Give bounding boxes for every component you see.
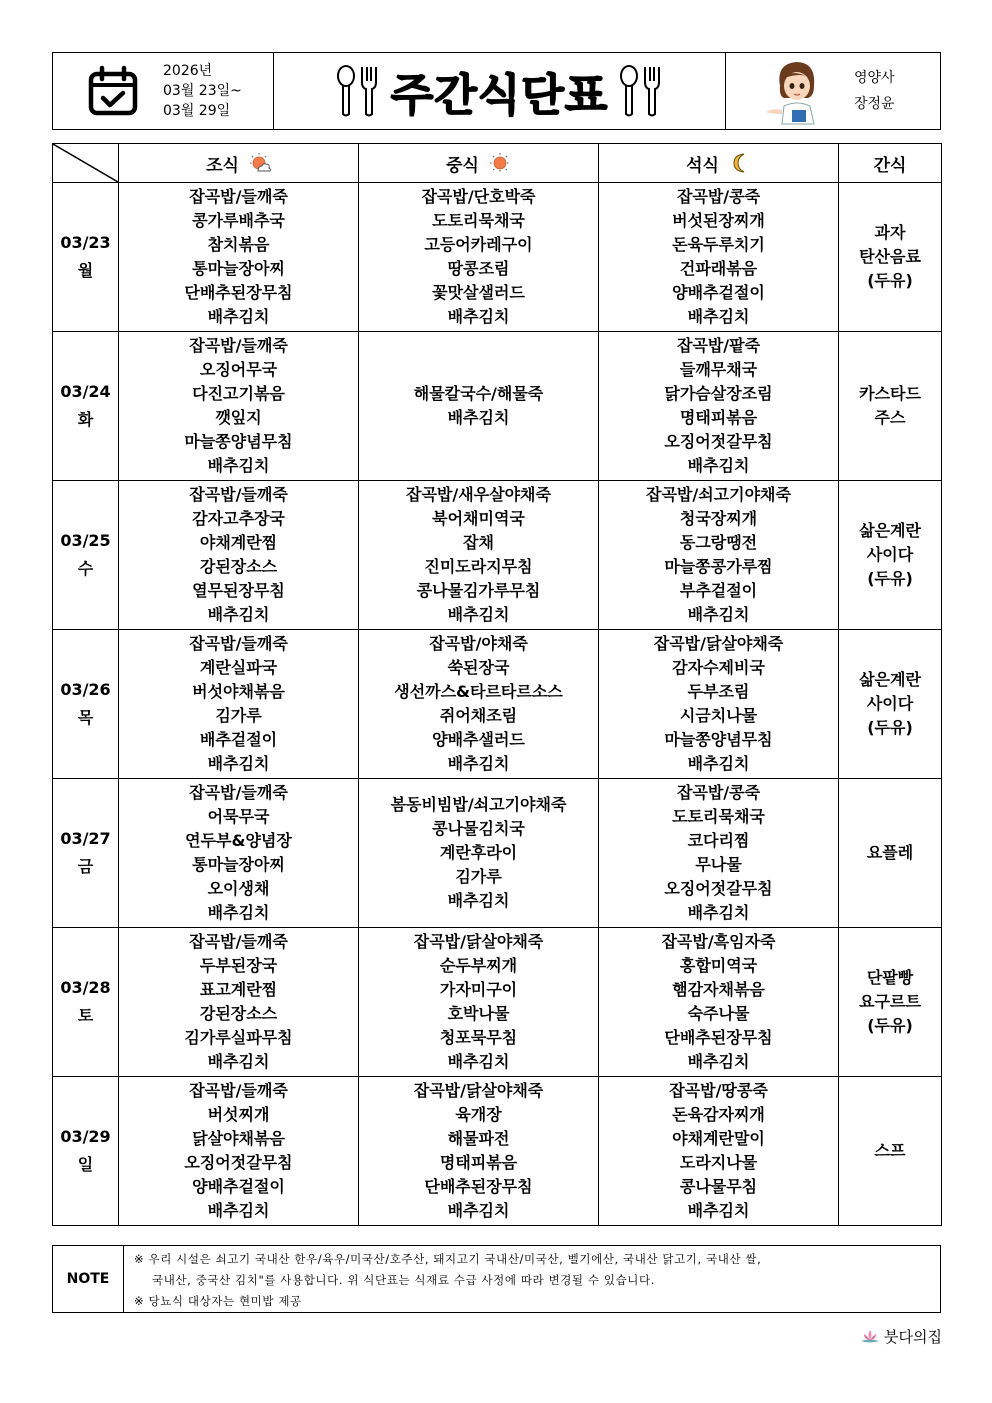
breakfast-cell: 잡곡밥/들깨죽어묵무국연두부&양념장통마늘장아찌오이생채배추김치 (119, 779, 359, 928)
menu-item: 주스 (839, 406, 941, 430)
lunch-cell: 잡곡밥/야채죽쑥된장국생선까스&타르타르소스쥐어채조림양배추샐러드배추김치 (359, 630, 599, 779)
dinner-cell: 잡곡밥/흑임자죽홍합미역국햄감자채볶음숙주나물단배추된장무침배추김치 (599, 928, 839, 1077)
day-weekday: 금 (53, 853, 118, 881)
nutritionist-avatar (762, 56, 832, 126)
menu-item: 배추김치 (359, 889, 598, 913)
menu-item: 명태피볶음 (359, 1151, 598, 1175)
menu-item: 잡곡밥/쇠고기야채죽 (599, 483, 838, 507)
menu-item: 깻잎지 (119, 406, 358, 430)
dinner-cell: 잡곡밥/땅콩죽돈육감자찌개야채계란말이도라지나물콩나물무침배추김치 (599, 1077, 839, 1226)
dinner-cell: 잡곡밥/팥죽들깨무채국닭가슴살장조림명태피볶음오징어젓갈무침배추김치 (599, 332, 839, 481)
menu-item: 건파래볶음 (599, 257, 838, 281)
snack-cell: 스프 (839, 1077, 942, 1226)
menu-item: 꽃맛살샐러드 (359, 281, 598, 305)
breakfast-cell: 잡곡밥/들깨죽오징어무국다진고기볶음깻잎지마늘쫑양념무침배추김치 (119, 332, 359, 481)
table-row: 03/25수잡곡밥/들깨죽감자고추장국야채계란찜강된장소스열무된장무침배추김치잡… (53, 481, 942, 630)
spoon-fork-icon (335, 64, 381, 118)
day-date: 03/26 (53, 676, 118, 704)
menu-item: 감자수제비국 (599, 656, 838, 680)
sun-icon (489, 152, 511, 174)
dinner-cell: 잡곡밥/콩죽버섯된장찌개돈육두루치기건파래볶음양배추겉절이배추김치 (599, 183, 839, 332)
menu-item: 참치볶음 (119, 233, 358, 257)
date-year: 2026년 (163, 61, 242, 81)
menu-item: 배추김치 (359, 406, 598, 430)
breakfast-cell: 잡곡밥/들깨죽계란실파국버섯야채볶음김가루배추겉절이배추김치 (119, 630, 359, 779)
breakfast-cell: 잡곡밥/들깨죽버섯찌개닭살야채볶음오징어젓갈무침양배추겉절이배추김치 (119, 1077, 359, 1226)
menu-item: 마늘쫑콩가루찜 (599, 555, 838, 579)
menu-item: 배추겉절이 (119, 728, 358, 752)
day-cell: 03/24화 (53, 332, 119, 481)
menu-item: 두부된장국 (119, 954, 358, 978)
nutritionist-name: 장정윤 (854, 91, 895, 117)
snack-cell: 과자탄산음료(두유) (839, 183, 942, 332)
menu-item: 배추김치 (119, 603, 358, 627)
column-label: 간식 (874, 156, 907, 176)
menu-item: 잡곡밥/들깨죽 (119, 334, 358, 358)
menu-item: 양배추겉절이 (119, 1175, 358, 1199)
menu-item: 무나물 (599, 853, 838, 877)
date-range-panel: 2026년 03월 23일~ 03월 29일 (53, 53, 274, 129)
snack-cell: 요플레 (839, 779, 942, 928)
snack-cell: 단팥빵요구르트(두유) (839, 928, 942, 1077)
menu-item: 땅콩조림 (359, 257, 598, 281)
menu-item: 단배추된장무침 (599, 1026, 838, 1050)
menu-item: 청포묵무침 (359, 1026, 598, 1050)
menu-item: 마늘쫑양념무침 (599, 728, 838, 752)
menu-item: 스프 (839, 1139, 941, 1163)
menu-item: 과자 (839, 221, 941, 245)
menu-item: 배추김치 (119, 1199, 358, 1223)
lunch-cell: 잡곡밥/닭살야채죽육개장해물파전명태피볶음단배추된장무침배추김치 (359, 1077, 599, 1226)
menu-item: 요플레 (839, 841, 941, 865)
menu-item: 버섯된장찌개 (599, 209, 838, 233)
menu-item: 돈육감자찌개 (599, 1103, 838, 1127)
menu-item: 진미도라지무침 (359, 555, 598, 579)
menu-item: 배추김치 (599, 603, 838, 627)
menu-item: 잡곡밥/들깨죽 (119, 483, 358, 507)
menu-item: 연두부&양념장 (119, 829, 358, 853)
snack-cell: 삶은계란사이다(두유) (839, 481, 942, 630)
menu-item: 육개장 (359, 1103, 598, 1127)
column-header-snack: 간식 (839, 144, 942, 183)
note-line-origin-cont: 국내산, 중국산 김치"를 사용합니다. 위 식단표는 식재료 수급 사정에 따… (134, 1270, 940, 1291)
menu-item: 배추김치 (359, 1199, 598, 1223)
menu-item: 야채계란찜 (119, 531, 358, 555)
menu-item: 잡곡밥/땅콩죽 (599, 1079, 838, 1103)
diagonal-line (53, 144, 118, 182)
title-panel: 주간식단표 (274, 53, 726, 129)
breakfast-cell: 잡곡밥/들깨죽감자고추장국야채계란찜강된장소스열무된장무침배추김치 (119, 481, 359, 630)
menu-item: 사이다 (839, 692, 941, 716)
menu-item: 잡곡밥/새우살야채죽 (359, 483, 598, 507)
menu-item: 잡곡밥/들깨죽 (119, 930, 358, 954)
day-date: 03/27 (53, 825, 118, 853)
day-date: 03/23 (53, 229, 118, 257)
menu-item: 숙주나물 (599, 1002, 838, 1026)
note-label: NOTE (53, 1246, 124, 1312)
day-cell: 03/25수 (53, 481, 119, 630)
breakfast-cell: 잡곡밥/들깨죽콩가루배추국참치볶음통마늘장아찌단배추된장무침배추김치 (119, 183, 359, 332)
menu-item: 닭가슴살장조림 (599, 382, 838, 406)
menu-item: 들깨무채국 (599, 358, 838, 382)
menu-item: 배추김치 (599, 1199, 838, 1223)
column-header-breakfast: 조식 (119, 144, 359, 183)
menu-item: 마늘쫑양념무침 (119, 430, 358, 454)
menu-item: 요구르트 (839, 990, 941, 1014)
menu-item: 청국장찌개 (599, 507, 838, 531)
note-line-diabetic: ※ 당뇨식 대상자는 현미밥 제공 (134, 1291, 940, 1312)
menu-item: 감자고추장국 (119, 507, 358, 531)
menu-item: 양배추겉절이 (599, 281, 838, 305)
menu-item: 잡채 (359, 531, 598, 555)
menu-item: 잡곡밥/닭살야채죽 (599, 632, 838, 656)
snack-cell: 카스타드주스 (839, 332, 942, 481)
menu-item: 콩나물무침 (599, 1175, 838, 1199)
day-date: 03/24 (53, 378, 118, 406)
menu-item: (두유) (839, 567, 941, 591)
dinner-cell: 잡곡밥/콩죽도토리묵채국코다리찜무나물오징어젓갈무침배추김치 (599, 779, 839, 928)
table-row: 03/23월잡곡밥/들깨죽콩가루배추국참치볶음통마늘장아찌단배추된장무침배추김치… (53, 183, 942, 332)
menu-item: 김가루 (119, 704, 358, 728)
menu-item: 해물칼국수/해물죽 (359, 382, 598, 406)
menu-item: 버섯찌개 (119, 1103, 358, 1127)
menu-item: 야채계란말이 (599, 1127, 838, 1151)
column-label: 중식 (446, 151, 479, 176)
calendar-check-icon (87, 65, 139, 117)
menu-item: 가자미구이 (359, 978, 598, 1002)
spoon-fork-icon (618, 64, 664, 118)
table-row: 03/27금잡곡밥/들깨죽어묵무국연두부&양념장통마늘장아찌오이생채배추김치봄동… (53, 779, 942, 928)
column-label: 조식 (206, 151, 239, 176)
menu-item: 배추김치 (359, 305, 598, 329)
table-row: 03/28토잡곡밥/들깨죽두부된장국표고계란찜강된장소스김가루실파무침배추김치잡… (53, 928, 942, 1077)
menu-item: 버섯야채볶음 (119, 680, 358, 704)
menu-item: 삶은계란 (839, 668, 941, 692)
date-range-text: 2026년 03월 23일~ 03월 29일 (163, 61, 242, 121)
menu-item: 배추김치 (359, 603, 598, 627)
menu-item: 순두부찌개 (359, 954, 598, 978)
sun-cloud-icon (249, 152, 271, 174)
note-body: ※ 우리 시설은 쇠고기 국내산 한우/육우/미국산/호주산, 돼지고기 국내산… (124, 1246, 940, 1312)
menu-item: 통마늘장아찌 (119, 257, 358, 281)
table-row: 03/29일잡곡밥/들깨죽버섯찌개닭살야채볶음오징어젓갈무침양배추겉절이배추김치… (53, 1077, 942, 1226)
menu-item: 동그랑땡전 (599, 531, 838, 555)
note-box: NOTE ※ 우리 시설은 쇠고기 국내산 한우/육우/미국산/호주산, 돼지고… (52, 1245, 941, 1313)
menu-item: 배추김치 (359, 1050, 598, 1074)
day-weekday: 일 (53, 1151, 118, 1179)
date-end: 03월 29일 (163, 101, 242, 121)
weekly-menu-table: 조식 중식 석 (52, 143, 942, 1226)
menu-item: 쑥된장국 (359, 656, 598, 680)
menu-item: 열무된장무침 (119, 579, 358, 603)
menu-item: 잡곡밥/들깨죽 (119, 781, 358, 805)
menu-item: 도라지나물 (599, 1151, 838, 1175)
column-label: 석식 (686, 151, 719, 176)
menu-item: 잡곡밥/닭살야채죽 (359, 1079, 598, 1103)
menu-item: 통마늘장아찌 (119, 853, 358, 877)
day-date: 03/28 (53, 974, 118, 1002)
lunch-cell: 잡곡밥/새우살야채죽북어채미역국잡채진미도라지무침콩나물김가루무침배추김치 (359, 481, 599, 630)
menu-item: 잡곡밥/흑임자죽 (599, 930, 838, 954)
menu-item: 강된장소스 (119, 555, 358, 579)
menu-item: 다진고기볶음 (119, 382, 358, 406)
lotus-icon (860, 1328, 880, 1346)
day-date: 03/25 (53, 527, 118, 555)
snack-cell: 삶은계란사이다(두유) (839, 630, 942, 779)
menu-item: 단배추된장무침 (119, 281, 358, 305)
menu-item: 햄감자채볶음 (599, 978, 838, 1002)
day-cell: 03/26목 (53, 630, 119, 779)
note-line-origin: ※ 우리 시설은 쇠고기 국내산 한우/육우/미국산/호주산, 돼지고기 국내산… (134, 1249, 940, 1270)
menu-item: 삶은계란 (839, 519, 941, 543)
menu-item: 콩가루배추국 (119, 209, 358, 233)
menu-item: 쥐어채조림 (359, 704, 598, 728)
menu-item: 표고계란찜 (119, 978, 358, 1002)
day-weekday: 토 (53, 1002, 118, 1030)
menu-item: 배추김치 (119, 901, 358, 925)
menu-item: 북어채미역국 (359, 507, 598, 531)
menu-item: 배추김치 (119, 454, 358, 478)
menu-item: 배추김치 (119, 305, 358, 329)
menu-item: 오징어젓갈무침 (599, 877, 838, 901)
menu-item: 호박나물 (359, 1002, 598, 1026)
menu-item: 탄산음료 (839, 245, 941, 269)
menu-item: 잡곡밥/들깨죽 (119, 185, 358, 209)
menu-item: 배추김치 (119, 1050, 358, 1074)
crescent-moon-icon (729, 152, 751, 174)
day-cell: 03/23월 (53, 183, 119, 332)
menu-item: 잡곡밥/야채죽 (359, 632, 598, 656)
menu-item: 생선까스&타르타르소스 (359, 680, 598, 704)
menu-item: 돈육두루치기 (599, 233, 838, 257)
menu-item: 해물파전 (359, 1127, 598, 1151)
nutritionist-panel: 영양사 장정윤 (726, 53, 940, 129)
menu-item: 배추김치 (599, 752, 838, 776)
menu-item: 김가루실파무침 (119, 1026, 358, 1050)
menu-item: 코다리찜 (599, 829, 838, 853)
menu-item: 오징어젓갈무침 (599, 430, 838, 454)
menu-item: 배추김치 (599, 305, 838, 329)
menu-item: 시금치나물 (599, 704, 838, 728)
lunch-cell: 잡곡밥/닭살야채죽순두부찌개가자미구이호박나물청포묵무침배추김치 (359, 928, 599, 1077)
lunch-cell: 봄동비빔밥/쇠고기야채죽콩나물김치국계란후라이김가루배추김치 (359, 779, 599, 928)
menu-item: 양배추샐러드 (359, 728, 598, 752)
menu-item: 김가루 (359, 865, 598, 889)
menu-item: 봄동비빔밥/쇠고기야채죽 (359, 793, 598, 817)
menu-item: 콩나물김치국 (359, 817, 598, 841)
menu-item: 고등어카레구이 (359, 233, 598, 257)
menu-item: 오징어젓갈무침 (119, 1151, 358, 1175)
menu-item: 콩나물김가루무침 (359, 579, 598, 603)
menu-item: 잡곡밥/닭살야채죽 (359, 930, 598, 954)
lunch-cell: 해물칼국수/해물죽배추김치 (359, 332, 599, 481)
menu-item: 홍합미역국 (599, 954, 838, 978)
menu-item: 두부조림 (599, 680, 838, 704)
menu-item: 계란실파국 (119, 656, 358, 680)
breakfast-cell: 잡곡밥/들깨죽두부된장국표고계란찜강된장소스김가루실파무침배추김치 (119, 928, 359, 1077)
menu-item: 단배추된장무침 (359, 1175, 598, 1199)
menu-item: 도토리묵채국 (359, 209, 598, 233)
menu-item: 배추김치 (599, 901, 838, 925)
menu-item: 부추겉절이 (599, 579, 838, 603)
menu-item: 배추김치 (599, 1050, 838, 1074)
menu-item: 명태피볶음 (599, 406, 838, 430)
page-title: 주간식단표 (391, 59, 609, 123)
org-name: 붓다의집 (884, 1326, 942, 1347)
menu-item: 계란후라이 (359, 841, 598, 865)
menu-item: 카스타드 (839, 382, 941, 406)
menu-item: 단팥빵 (839, 966, 941, 990)
menu-item: 오징어무국 (119, 358, 358, 382)
day-cell: 03/28토 (53, 928, 119, 1077)
day-weekday: 화 (53, 406, 118, 434)
menu-item: 닭살야채볶음 (119, 1127, 358, 1151)
lunch-cell: 잡곡밥/단호박죽도토리묵채국고등어카레구이땅콩조림꽃맛살샐러드배추김치 (359, 183, 599, 332)
date-start: 03월 23일~ (163, 81, 242, 101)
menu-item: 잡곡밥/콩죽 (599, 185, 838, 209)
day-weekday: 목 (53, 704, 118, 732)
dinner-cell: 잡곡밥/닭살야채죽감자수제비국두부조림시금치나물마늘쫑양념무침배추김치 (599, 630, 839, 779)
day-weekday: 수 (53, 555, 118, 583)
menu-item: 배추김치 (599, 454, 838, 478)
day-weekday: 월 (53, 257, 118, 285)
column-header-dinner: 석식 (599, 144, 839, 183)
menu-item: 배추김치 (119, 752, 358, 776)
menu-item: 어묵무국 (119, 805, 358, 829)
menu-item: 잡곡밥/들깨죽 (119, 632, 358, 656)
dinner-cell: 잡곡밥/쇠고기야채죽청국장찌개동그랑땡전마늘쫑콩가루찜부추겉절이배추김치 (599, 481, 839, 630)
nutritionist-text: 영양사 장정윤 (854, 65, 895, 117)
table-row: 03/24화잡곡밥/들깨죽오징어무국다진고기볶음깻잎지마늘쫑양념무침배추김치해물… (53, 332, 942, 481)
menu-item: (두유) (839, 1014, 941, 1038)
menu-item: (두유) (839, 269, 941, 293)
table-header-row: 조식 중식 석 (53, 144, 942, 183)
day-cell: 03/27금 (53, 779, 119, 928)
menu-item: 잡곡밥/팥죽 (599, 334, 838, 358)
org-logo: 붓다의집 (860, 1326, 942, 1347)
column-header-lunch: 중식 (359, 144, 599, 183)
nutritionist-role: 영양사 (854, 65, 895, 91)
menu-item: 강된장소스 (119, 1002, 358, 1026)
menu-item: 잡곡밥/콩죽 (599, 781, 838, 805)
menu-item: 오이생채 (119, 877, 358, 901)
day-date: 03/29 (53, 1123, 118, 1151)
menu-item: (두유) (839, 716, 941, 740)
menu-item: 잡곡밥/들깨죽 (119, 1079, 358, 1103)
corner-diagonal-cell (53, 144, 119, 183)
menu-item: 배추김치 (359, 752, 598, 776)
header-box: 2026년 03월 23일~ 03월 29일 주간식단표 (52, 52, 941, 130)
menu-item: 잡곡밥/단호박죽 (359, 185, 598, 209)
menu-item: 사이다 (839, 543, 941, 567)
day-cell: 03/29일 (53, 1077, 119, 1226)
table-body: 03/23월잡곡밥/들깨죽콩가루배추국참치볶음통마늘장아찌단배추된장무침배추김치… (53, 183, 942, 1226)
table-row: 03/26목잡곡밥/들깨죽계란실파국버섯야채볶음김가루배추겉절이배추김치잡곡밥/… (53, 630, 942, 779)
menu-item: 도토리묵채국 (599, 805, 838, 829)
